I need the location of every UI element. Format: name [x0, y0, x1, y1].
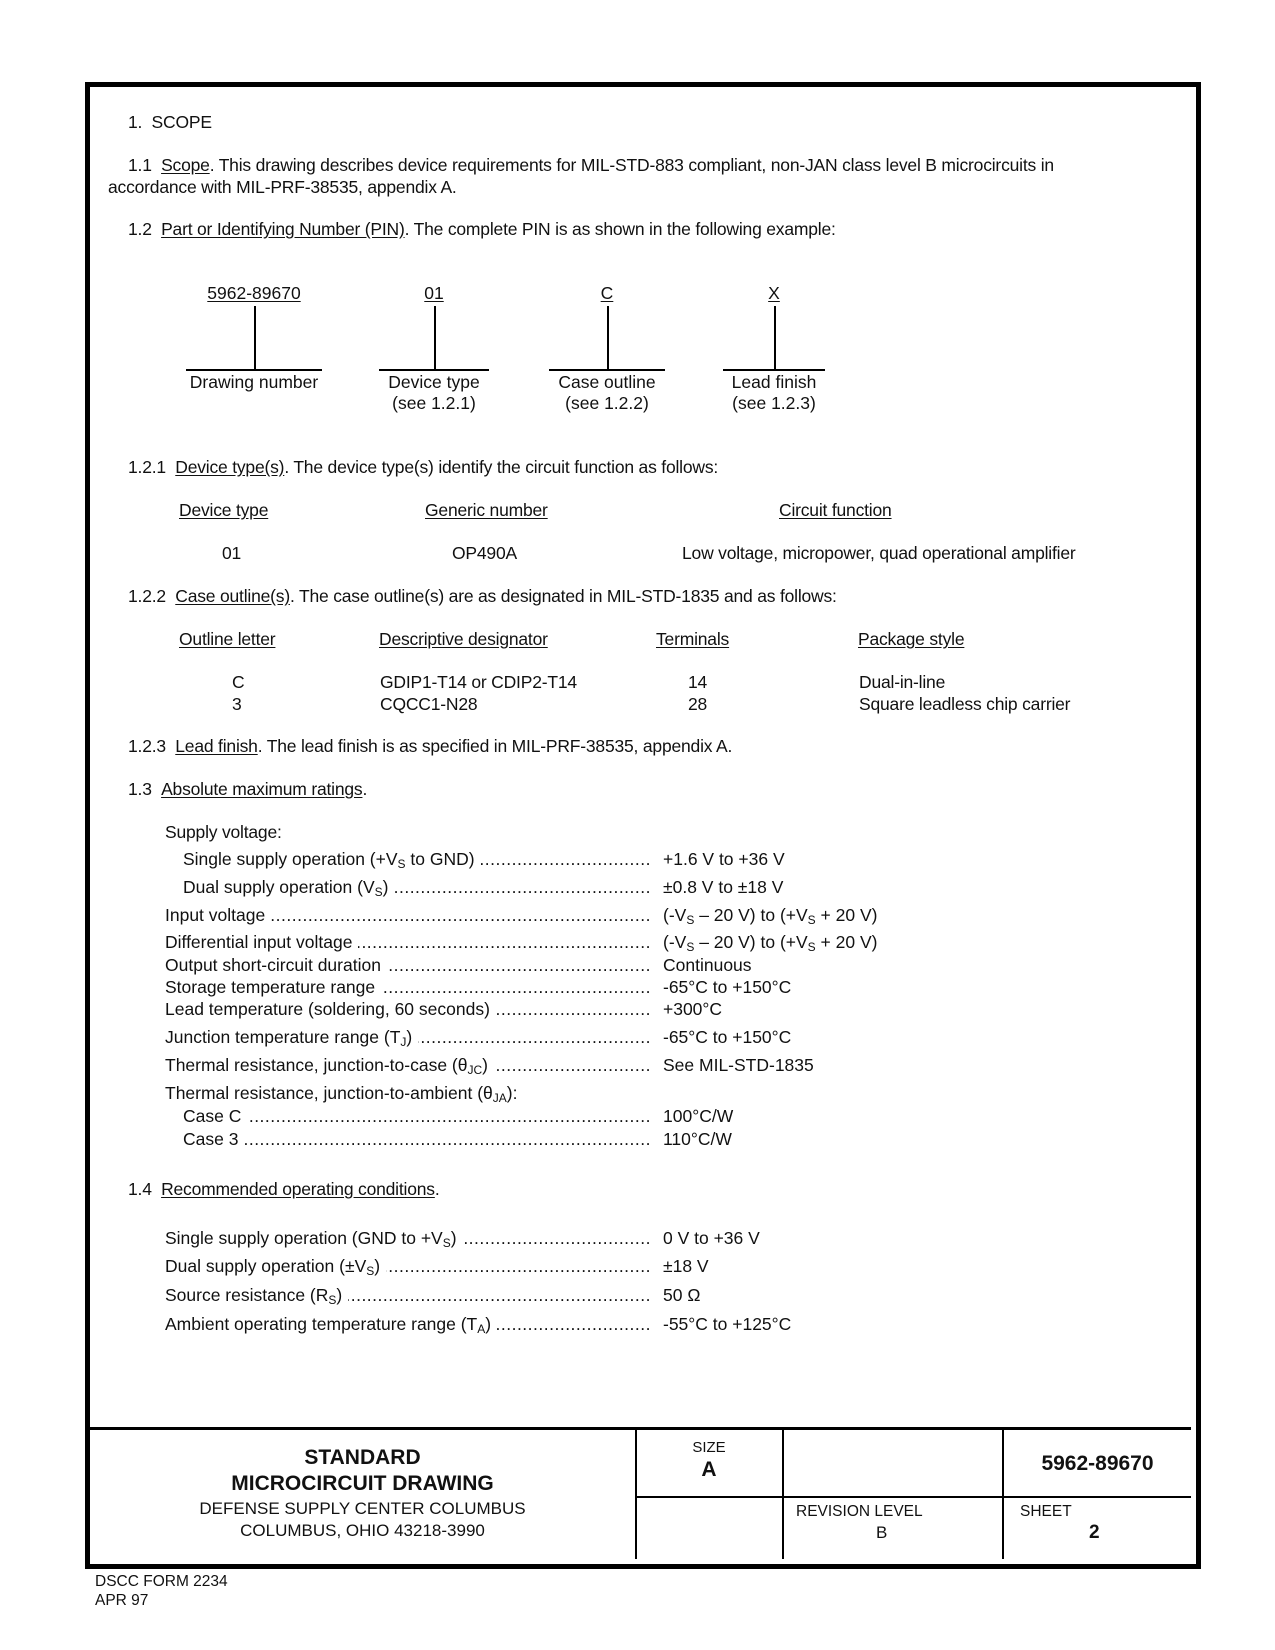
dot-leader: ........................................… [463, 1228, 651, 1249]
rating-row: Dual supply operation (VS)..............… [165, 877, 1065, 899]
label-rule [549, 369, 665, 371]
para-number: 1.2 [128, 219, 152, 239]
dot-leader: ........................................… [481, 849, 651, 870]
org-line-2: COLUMBUS, OHIO 43218-3990 [90, 1520, 635, 1542]
title-block-top-rule [90, 1427, 1191, 1430]
paragraph-1-1: 1.1 Scope. This drawing describes device… [128, 155, 1054, 176]
para-text: . The case outline(s) are as designated … [290, 586, 837, 606]
rating-label: Dual supply operation (VS) [183, 877, 388, 898]
dot-leader: ........................................… [244, 1129, 651, 1150]
paragraph-1-4: 1.4 Recommended operating conditions. [128, 1179, 440, 1200]
connector-line [774, 306, 776, 370]
dot-leader: ........................................… [348, 1285, 651, 1306]
table-cell: Square leadless chip carrier [859, 694, 1070, 715]
paragraph-1-2-1: 1.2.1 Device type(s). The device type(s)… [128, 457, 718, 478]
rating-value: 110°C/W [663, 1129, 732, 1150]
rating-row: Case C..................................… [165, 1106, 1065, 1128]
section-title: SCOPE [152, 112, 212, 132]
pin-segment-reference: (see 1.2.1) [344, 393, 524, 414]
title-line-2: MICROCIRCUIT DRAWING [90, 1471, 635, 1497]
rating-row: Lead temperature (soldering, 60 seconds)… [165, 999, 1065, 1021]
rating-value: -65°C to +150°C [663, 1027, 791, 1048]
paragraph-1-2: 1.2 Part or Identifying Number (PIN). Th… [128, 219, 836, 240]
rating-value: ±18 V [663, 1256, 709, 1277]
rating-value: Continuous [663, 955, 752, 976]
table-cell: GDIP1-T14 or CDIP2-T14 [380, 672, 577, 693]
para-number: 1.1 [128, 155, 152, 175]
pin-segment-reference: (see 1.2.2) [517, 393, 697, 414]
dot-leader: ........................................… [494, 1055, 651, 1076]
dot-leader: ........................................… [394, 877, 651, 898]
pin-segment-label: Case outline [517, 372, 697, 393]
pin-segment-label: Drawing number [164, 372, 344, 393]
rating-value: (-VS – 20 V) to (+VS + 20 V) [663, 932, 877, 953]
col-header-terminals: Terminals [656, 629, 729, 650]
dot-leader: ........................................… [386, 1256, 651, 1277]
rating-label: Case 3 [183, 1129, 238, 1150]
size-value: A [636, 1458, 782, 1482]
connector-line [434, 306, 436, 370]
rating-value: -65°C to +150°C [663, 977, 791, 998]
para-heading: Recommended operating conditions [161, 1179, 435, 1199]
para-tail: . [362, 779, 367, 799]
table-cell: OP490A [452, 543, 517, 564]
drawing-number: 5962-89670 [1004, 1452, 1191, 1476]
rating-row: Ambient operating temperature range (TA)… [165, 1314, 1065, 1336]
revision-value: B [876, 1523, 887, 1543]
rating-label: Case C [183, 1106, 241, 1127]
rating-row: Thermal resistance, junction-to-ambient … [165, 1083, 1065, 1105]
connector-line [607, 306, 609, 370]
rating-label: Junction temperature range (TJ) [165, 1027, 412, 1048]
table-cell: 3 [232, 694, 242, 715]
table-cell: 01 [222, 543, 241, 564]
para-text: . The complete PIN is as shown in the fo… [405, 219, 836, 239]
rating-label: Thermal resistance, junction-to-case (θJ… [165, 1055, 488, 1076]
para-text: . The device type(s) identify the circui… [284, 457, 718, 477]
paragraph-1-3: 1.3 Absolute maximum ratings. [128, 779, 367, 800]
rating-label: Differential input voltage [165, 932, 352, 953]
para-text: . The lead finish is as specified in MIL… [258, 736, 732, 756]
rating-label: Output short-circuit duration [165, 955, 381, 976]
table-cell: Dual-in-line [859, 672, 945, 693]
rating-value: 100°C/W [663, 1106, 733, 1127]
para-number: 1.2.2 [128, 586, 166, 606]
divider [1002, 1428, 1004, 1559]
rating-row: Thermal resistance, junction-to-case (θJ… [165, 1055, 1065, 1077]
col-header-device-type: Device type [179, 500, 268, 521]
table-cell: Low voltage, micropower, quad operationa… [682, 543, 1076, 564]
dot-leader: ........................................… [387, 955, 651, 976]
rating-row: Case 3..................................… [165, 1129, 1065, 1151]
para-heading: Absolute maximum ratings [161, 779, 362, 799]
pin-segment-label: Device type [344, 372, 524, 393]
divider [782, 1428, 784, 1559]
rating-label: Source resistance (RS) [165, 1285, 342, 1306]
form-number: DSCC FORM 2234 [95, 1572, 228, 1591]
para-number: 1.2.3 [128, 736, 166, 756]
col-header-outline-letter: Outline letter [179, 629, 275, 650]
paragraph-1-2-2: 1.2.2 Case outline(s). The case outline(… [128, 586, 837, 607]
form-date: APR 97 [95, 1591, 148, 1610]
pin-segment-value: X [694, 283, 854, 304]
rating-row: Single supply operation (+VS to GND)....… [165, 849, 1065, 871]
para-heading: Part or Identifying Number (PIN) [161, 219, 405, 239]
para-heading: Case outline(s) [175, 586, 290, 606]
pin-segment-reference: (see 1.2.3) [684, 393, 864, 414]
section-heading: 1. SCOPE [128, 112, 212, 133]
rating-row: Storage temperature range...............… [165, 977, 1065, 999]
table-cell: 28 [688, 694, 707, 715]
rating-value: (-VS – 20 V) to (+VS + 20 V) [663, 905, 877, 926]
label-rule [379, 369, 489, 371]
rating-row: Dual supply operation (±VS).............… [165, 1256, 1065, 1278]
rating-value: See MIL-STD-1835 [663, 1055, 814, 1076]
rating-value: 0 V to +36 V [663, 1228, 760, 1249]
dot-leader: ........................................… [271, 905, 651, 926]
dot-leader: ........................................… [496, 999, 651, 1020]
rating-label: Dual supply operation (±VS) [165, 1256, 380, 1277]
col-header-descriptive-designator: Descriptive designator [379, 629, 548, 650]
col-header-circuit-function: Circuit function [779, 500, 892, 521]
rating-label: Ambient operating temperature range (TA) [165, 1314, 491, 1335]
dot-leader: ........................................… [358, 932, 651, 953]
rating-label: Lead temperature (soldering, 60 seconds) [165, 999, 490, 1020]
rating-value: ±0.8 V to ±18 V [663, 877, 783, 898]
rating-value: -55°C to +125°C [663, 1314, 791, 1335]
pin-segment-value: 5962-89670 [174, 283, 334, 304]
pin-segment-label: Lead finish [684, 372, 864, 393]
col-header-generic-number: Generic number [425, 500, 548, 521]
rating-value: 50 Ω [663, 1285, 700, 1306]
sheet-label: SHEET [1020, 1503, 1072, 1521]
paragraph-1-2-3: 1.2.3 Lead finish. The lead finish is as… [128, 736, 732, 757]
pin-segment-caption: Device type(see 1.2.1) [344, 372, 524, 414]
label-rule [186, 369, 322, 371]
para-heading: Device type(s) [175, 457, 284, 477]
connector-line [254, 306, 256, 370]
rating-row: Source resistance (RS)..................… [165, 1285, 1065, 1307]
col-header-package-style: Package style [858, 629, 964, 650]
pin-segment-value: C [527, 283, 687, 304]
paragraph-1-1-cont: accordance with MIL-PRF-38535, appendix … [108, 177, 457, 198]
table-cell: CQCC1-N28 [380, 694, 477, 715]
rating-value: +300°C [663, 999, 722, 1020]
divider [636, 1496, 1191, 1498]
para-number: 1.2.1 [128, 457, 166, 477]
para-heading: Scope [161, 155, 210, 175]
section-number: 1. [128, 112, 142, 132]
size-label: SIZE [636, 1439, 782, 1456]
dot-leader: ........................................… [418, 1027, 651, 1048]
rating-label: Input voltage [165, 905, 265, 926]
rating-value: +1.6 V to +36 V [663, 849, 785, 870]
pin-segment-caption: Drawing number [164, 372, 344, 393]
rating-label: Single supply operation (GND to +VS) [165, 1228, 457, 1249]
revision-label: REVISION LEVEL [796, 1503, 923, 1521]
table-cell: 14 [688, 672, 707, 693]
para-number: 1.3 [128, 779, 152, 799]
rating-label: Thermal resistance, junction-to-ambient … [165, 1083, 518, 1104]
para-heading: Lead finish [175, 736, 257, 756]
title-line-1: STANDARD [90, 1445, 635, 1471]
dot-leader: ........................................… [247, 1106, 651, 1127]
dot-leader: ........................................… [381, 977, 651, 998]
label-rule [723, 369, 825, 371]
rating-label: Single supply operation (+VS to GND) [183, 849, 475, 870]
para-text: . This drawing describes device requirem… [210, 155, 1054, 175]
pin-segment-value: 01 [354, 283, 514, 304]
para-tail: . [435, 1179, 440, 1199]
rating-row: Differential input voltage..............… [165, 932, 1065, 954]
rating-row: Junction temperature range (TJ).........… [165, 1027, 1065, 1049]
rating-row: Single supply operation (GND to +VS)....… [165, 1228, 1065, 1250]
pin-segment-caption: Lead finish(see 1.2.3) [684, 372, 864, 414]
supply-voltage-label: Supply voltage: [165, 822, 282, 843]
org-line-1: DEFENSE SUPPLY CENTER COLUMBUS [90, 1498, 635, 1520]
para-number: 1.4 [128, 1179, 152, 1199]
table-cell: C [232, 672, 244, 693]
sheet-value: 2 [1089, 1522, 1100, 1544]
rating-row: Output short-circuit duration...........… [165, 955, 1065, 977]
dot-leader: ........................................… [497, 1314, 651, 1335]
rating-row: Input voltage...........................… [165, 905, 1065, 927]
pin-segment-caption: Case outline(see 1.2.2) [517, 372, 697, 414]
rating-label: Storage temperature range [165, 977, 375, 998]
